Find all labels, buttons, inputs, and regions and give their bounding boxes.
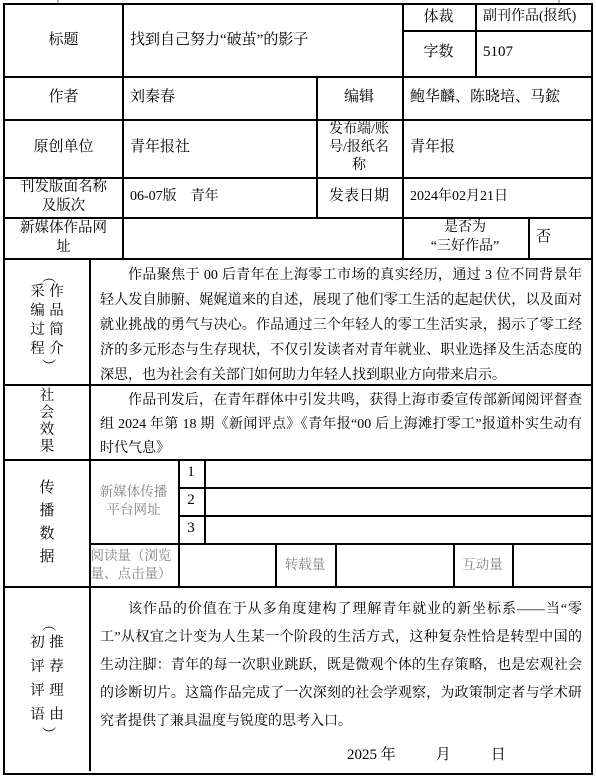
sanhao-label: 是否为 “三好作品” (431, 219, 499, 255)
interact-count-label: 互动量 (453, 543, 512, 586)
sign-date-line: 2025 年 月 日 (347, 743, 506, 764)
editor-value[interactable]: 鲍华麟、陈晓培、马鋐 (402, 76, 591, 119)
form-table: 标题 找到自己努力“破茧”的影子 体裁 副刊作品(报纸) 字数 5107 作者 … (3, 3, 593, 775)
read-count-label: 阅读量（浏览量、点击量） (91, 547, 177, 582)
effect-text: 作品刊发后，在青年群体中引发共鸣，获得上海市委宣传部新闻阅评督查组 2024 年… (100, 389, 582, 461)
genre-value[interactable]: 副刊作品(报纸) (475, 5, 591, 30)
author-value[interactable]: 刘秦春 (122, 76, 316, 119)
sanhao-label-line1: 是否为 (431, 219, 499, 237)
platform-url-field-3[interactable] (204, 515, 591, 543)
platform-url-field-2[interactable] (204, 487, 591, 515)
sign-date-month: 月 (436, 743, 451, 764)
wordcount-value[interactable]: 5107 (475, 30, 591, 76)
reason-label-paren-col: 初评评语 (30, 631, 46, 727)
url-label: 新媒体作品网址 (19, 219, 109, 257)
close-paren: ） (41, 726, 54, 740)
author-label: 作者 (5, 76, 122, 119)
platform-row-number-1: 1 (178, 459, 204, 487)
editor-label: 编辑 (316, 76, 402, 119)
reason-label-main-col: 推荐理由 (49, 631, 65, 727)
reason-vertical-label: （ 初评评语 推荐理由 ） (5, 586, 89, 771)
intro-label-main-col: 作品简介 (49, 283, 65, 359)
spread-vertical-label: 传播数据 (5, 459, 89, 586)
platform-url-label: 新媒体传播平台网址 (98, 483, 170, 518)
title-label: 标题 (5, 5, 122, 76)
publish-date-value[interactable]: 2024年02月21日 (402, 177, 591, 217)
outlet-value[interactable]: 青年报 (402, 119, 591, 177)
org-label: 原创单位 (5, 119, 122, 177)
page-value[interactable]: 06-07版 青年 (122, 177, 316, 217)
org-value[interactable]: 青年报社 (122, 119, 316, 177)
spread-label: 传播数据 (39, 477, 56, 569)
read-count-field[interactable] (178, 543, 275, 586)
interact-count-field[interactable] (512, 543, 591, 586)
wordcount-label: 字数 (402, 30, 475, 76)
intro-text: 作品聚焦于 00 后青年在上海零工市场的真实经历，通过 3 位不同背景年轻人发自… (100, 263, 582, 388)
effect-vertical-label: 社会效果 (5, 384, 89, 459)
reason-text: 该作品的价值在于从多角度建构了理解青年就业的新坐标系——当“零工”从权宜之计变为… (100, 596, 582, 736)
sanhao-label-line2: “三好作品” (431, 238, 499, 256)
intro-vertical-label: （ 采编过程 作品简介 ） (5, 258, 89, 384)
sign-date-day: 日 (491, 743, 506, 764)
award-form-page: { "colors": { "grid": "#000000", "gray_l… (0, 0, 596, 778)
platform-row-number-2: 2 (178, 487, 204, 515)
page-label: 刊发版面名称及版次 (19, 178, 109, 216)
outlet-label: 发布端/账号/报纸名称 (324, 121, 394, 176)
repost-count-field[interactable] (335, 543, 453, 586)
intro-label-paren-col: 采编过程 (30, 283, 46, 359)
url-value[interactable] (122, 217, 402, 258)
publish-date-label: 发表日期 (316, 177, 402, 217)
effect-label: 社会效果 (39, 388, 55, 456)
genre-label: 体裁 (402, 5, 475, 30)
sanhao-value[interactable]: 否 (528, 217, 591, 258)
open-paren: （ (41, 270, 54, 284)
open-paren: （ (41, 617, 54, 631)
close-paren: ） (41, 359, 54, 373)
repost-count-label: 转载量 (275, 543, 335, 586)
platform-url-field-1[interactable] (204, 459, 591, 487)
platform-row-number-3: 3 (178, 515, 204, 543)
title-value[interactable]: 找到自己努力“破茧”的影子 (122, 5, 402, 76)
sign-date-year: 2025 年 (347, 743, 396, 764)
